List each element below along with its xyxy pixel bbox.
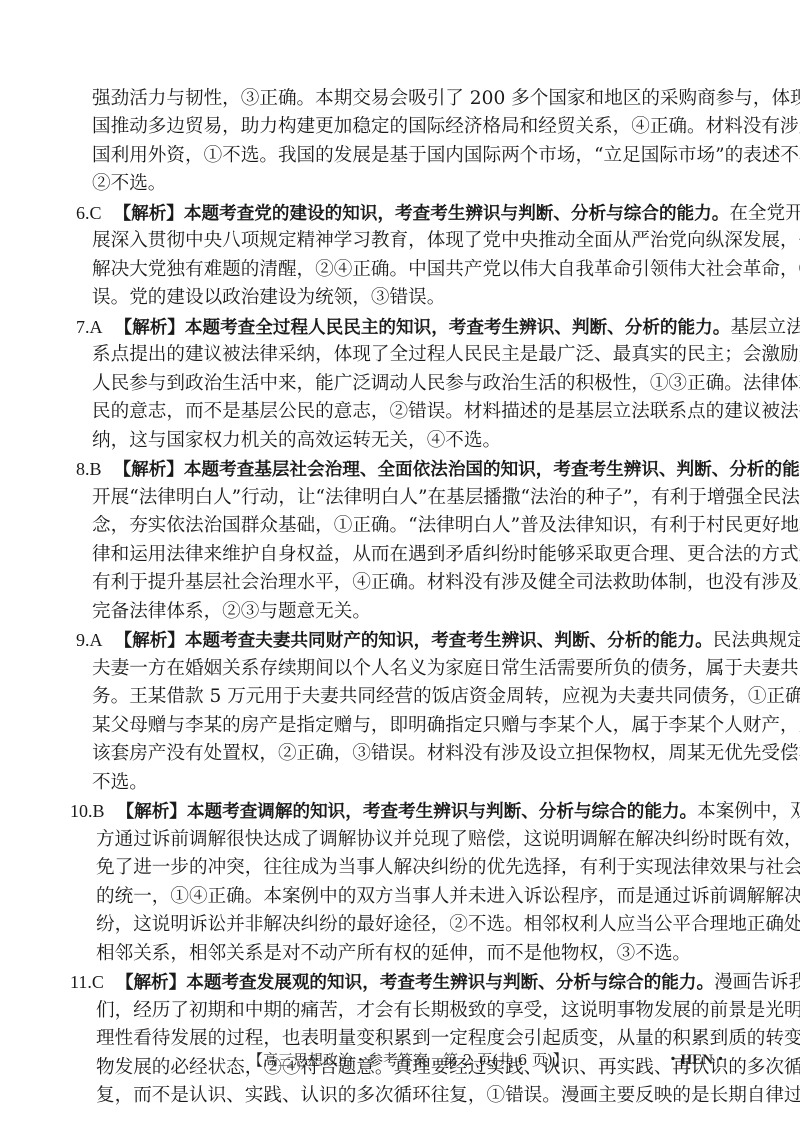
body-line: 解决大党独有难题的清醒，②④正确。中国共产党以伟大自我革命引领伟大社会革命，①错 [92, 256, 724, 284]
body-line: 系点提出的建议被法律采纳，体现了全过程人民民主是最广泛、最真实的民主；会激励更多… [92, 341, 724, 369]
analysis-text: 漫画告诉我 [714, 972, 800, 993]
question-number: 8.B [76, 459, 102, 479]
question-9-header: 9.A【解析】本题考查夫妻共同财产的知识，考查考生辨识、判断、分析的能力。民法典… [76, 626, 724, 654]
body-line: 该套房产没有处置权，②正确，③错误。材料没有涉及设立担保物权，周某无优先受偿权，… [92, 740, 724, 768]
body-line: 务。王某借款 5 万元用于夫妻共同经营的饭店资金周转，应视为夫妻共同债务，①正确… [92, 683, 724, 711]
body-line: ②不选。 [92, 170, 724, 198]
analysis-label: 【解析】 [114, 460, 184, 480]
question-11-header: 11.C【解析】本题考查发展观的知识，考查考生辨识与判断、分析与综合的能力。漫画… [70, 968, 724, 996]
analysis-focus: 本题考查全过程人民民主的知识，考查考生辨识、判断、分析的能力。 [185, 318, 730, 338]
body-line: 开展“法律明白人”行动，让“法律明白人”在基层播撒“法治的种子”，有利于增强全民… [92, 484, 724, 512]
body-line: 展深入贯彻中央八项规定精神学习教育，体现了党中央推动全面从严治党向纵深发展，保持 [92, 227, 724, 255]
body-line: 方通过诉前调解很快达成了调解协议并兑现了赔偿，这说明调解在解决纠纷时既有效，又避 [96, 826, 724, 854]
question-8-header: 8.B【解析】本题考查基层社会治理、全面依法治国的知识，考查考生辨识、判断、分析… [76, 455, 724, 483]
analysis-label: 【解析】 [117, 802, 187, 822]
analysis-focus: 本题考查基层社会治理、全面依法治国的知识，考查考生辨识、判断、分析的能力。 [184, 460, 800, 480]
analysis-label: 【解析】 [115, 318, 185, 338]
analysis-label: 【解析】 [114, 204, 184, 224]
footer-page-label: 【高三思想政治・参考答案 第 2 页(共 6 页)】 [248, 1051, 568, 1069]
body-line: 强劲活力与韧性，③正确。本期交易会吸引了 200 多个国家和地区的采购商参与，体… [92, 85, 724, 113]
page-footer: 【高三思想政治・参考答案 第 2 页(共 6 页)】 .. ・HEN・ [248, 1048, 728, 1072]
question-number: 10.B [70, 801, 105, 821]
analysis-text: 在全党开 [729, 203, 800, 224]
body-line: 人民参与到政治生活中来，能广泛调动人民参与政治生活的积极性，①③正确。法律体现人 [92, 370, 724, 398]
body-line: 免了进一步的冲突，往往成为当事人解决纠纷的优先选择，有利于实现法律效果与社会效果 [96, 854, 724, 882]
analysis-focus: 本题考查调解的知识，考查考生辨识与判断、分析与综合的能力。 [187, 802, 697, 822]
question-10-header: 10.B【解析】本题考查调解的知识，考查考生辨识与判断、分析与综合的能力。本案例… [70, 797, 724, 825]
question-number: 6.C [76, 203, 102, 223]
body-line: 们，经历了初期和中期的痛苦，才会有长期极致的享受，这说明事物发展的前景是光明的，… [96, 997, 724, 1025]
question-number: 11.C [70, 972, 104, 992]
analysis-text: 本案例中，双 [697, 801, 800, 822]
body-line: 律和运用法律来维护自身权益，从而在遇到矛盾纠纷时能够采取更合理、更合法的方式解决… [92, 541, 724, 569]
body-line: 误。党的建设以政治建设为统领，③错误。 [92, 284, 724, 312]
body-line: 纳，这与国家权力机关的高效运转无关，④不选。 [92, 427, 724, 455]
body-line: 民的意志，而不是基层公民的意志，②错误。材料描述的是基层立法联系点的建议被法律采 [92, 398, 724, 426]
question-number: 7.A [76, 317, 103, 337]
footer-dots: .. [640, 1050, 644, 1074]
body-line: 国利用外资，①不选。我国的发展是基于国内国际两个市场，“立足国际市场”的表述不科… [92, 142, 724, 170]
analysis-label: 【解析】 [116, 973, 186, 993]
body-line: 完备法律体系，②③与题意无关。 [92, 598, 724, 626]
analysis-focus: 本题考查夫妻共同财产的知识，考查考生辨识、判断、分析的能力。 [185, 631, 713, 651]
analysis-text: 基层立法联 [730, 317, 800, 338]
analysis-focus: 本题考查发展观的知识，考查考生辨识与判断、分析与综合的能力。 [186, 973, 714, 993]
analysis-text: 民法典规定， [713, 630, 800, 651]
body-line: 夫妻一方在婚姻关系存续期间以个人名义为家庭日常生活需要所负的债务，属于夫妻共同债 [92, 655, 724, 683]
body-line: 不选。 [92, 769, 724, 797]
analysis-focus: 本题考查党的建设的知识，考查考生辨识与判断、分析与综合的能力。 [184, 204, 729, 224]
body-line: 相邻关系，相邻关系是对不动产所有权的延伸，而不是他物权，③不选。 [96, 940, 724, 968]
body-line: 纷，这说明诉讼并非解决纠纷的最好途径，②不选。相邻权利人应当公平合理地正确处理好 [96, 911, 724, 939]
question-number: 9.A [76, 630, 103, 650]
body-line: 国推动多边贸易，助力构建更加稳定的国际经济格局和经贸关系，④正确。材料没有涉及我 [92, 113, 724, 141]
body-line: 复，而不是认识、实践、认识的多次循环往复，①错误。漫画主要反映的是长期自律过程中… [96, 1082, 724, 1110]
answer-key-page: 强劲活力与韧性，③正确。本期交易会吸引了 200 多个国家和地区的采购商参与，体… [0, 0, 800, 1124]
body-line: 念，夯实依法治国群众基础，①正确。“法律明白人”普及法律知识，有利于村民更好地理… [92, 512, 724, 540]
body-line: 有利于提升基层社会治理水平，④正确。材料没有涉及健全司法救助体制，也没有涉及建设 [92, 569, 724, 597]
analysis-label: 【解析】 [115, 631, 185, 651]
body-line: 某父母赠与李某的房产是指定赠与，即明确指定只赠与李某个人，属于李某个人财产，王某… [92, 712, 724, 740]
footer-code: ・HEN・ [665, 1048, 728, 1072]
question-7-header: 7.A【解析】本题考查全过程人民民主的知识，考查考生辨识、判断、分析的能力。基层… [76, 313, 724, 341]
question-6-header: 6.C【解析】本题考查党的建设的知识，考查考生辨识与判断、分析与综合的能力。在全… [76, 199, 724, 227]
body-line: 的统一，①④正确。本案例中的双方当事人并未进入诉讼程序，而是通过诉前调解解决了纠 [96, 883, 724, 911]
